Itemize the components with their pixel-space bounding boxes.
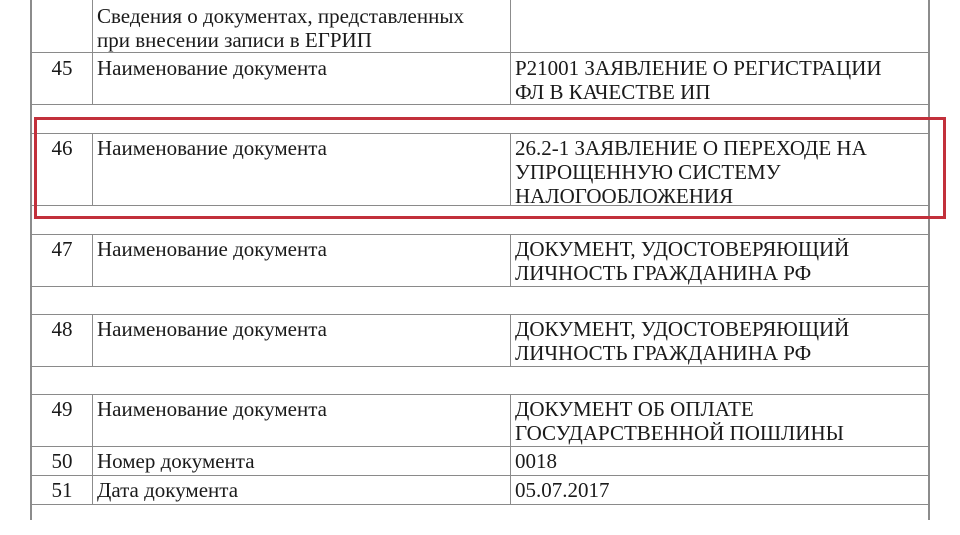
row-value: ДОКУМЕНТ, УДОСТОВЕРЯЮЩИЙ ЛИЧНОСТЬ ГРАЖДА…	[515, 237, 849, 285]
row-value: ДОКУМЕНТ, УДОСТОВЕРЯЮЩИЙ ЛИЧНОСТЬ ГРАЖДА…	[515, 317, 849, 365]
row-divider	[30, 104, 930, 105]
column-divider-2	[510, 314, 511, 366]
row-label: Наименование документа	[97, 237, 327, 261]
document-extract-table: Сведения о документах, представленных пр…	[0, 0, 960, 535]
row-label: Наименование документа	[97, 317, 327, 341]
section-header-title: Сведения о документах, представленных пр…	[97, 4, 464, 52]
table-border-right	[928, 0, 930, 520]
row-number: 45	[31, 56, 93, 80]
row-value: Р21001 ЗАЯВЛЕНИЕ О РЕГИСТРАЦИИ ФЛ В КАЧЕ…	[515, 56, 882, 104]
row-number: 47	[31, 237, 93, 261]
row-label: Номер документа	[97, 449, 255, 473]
row-divider	[30, 52, 930, 53]
column-divider-2	[510, 394, 511, 504]
row-label: Дата документа	[97, 478, 238, 502]
row-divider	[30, 366, 930, 367]
row-divider	[30, 475, 930, 476]
row-number: 49	[31, 397, 93, 421]
column-divider-2	[510, 133, 511, 205]
row-divider	[30, 446, 930, 447]
row-divider	[30, 133, 930, 134]
row-number: 50	[31, 449, 93, 473]
row-divider	[30, 504, 930, 505]
row-label: Наименование документа	[97, 56, 327, 80]
row-divider	[30, 234, 930, 235]
row-value: 05.07.2017	[515, 478, 610, 502]
row-divider	[30, 286, 930, 287]
row-value: ДОКУМЕНТ ОБ ОПЛАТЕ ГОСУДАРСТВЕННОЙ ПОШЛИ…	[515, 397, 844, 445]
row-divider	[30, 394, 930, 395]
row-label: Наименование документа	[97, 397, 327, 421]
row-number: 48	[31, 317, 93, 341]
row-value: 0018	[515, 449, 557, 473]
row-number: 51	[31, 478, 93, 502]
row-divider	[30, 314, 930, 315]
row-value: 26.2-1 ЗАЯВЛЕНИЕ О ПЕРЕХОДЕ НА УПРОЩЕННУ…	[515, 136, 867, 208]
row-label: Наименование документа	[97, 136, 327, 160]
row-number: 46	[31, 136, 93, 160]
column-divider-2	[510, 234, 511, 286]
